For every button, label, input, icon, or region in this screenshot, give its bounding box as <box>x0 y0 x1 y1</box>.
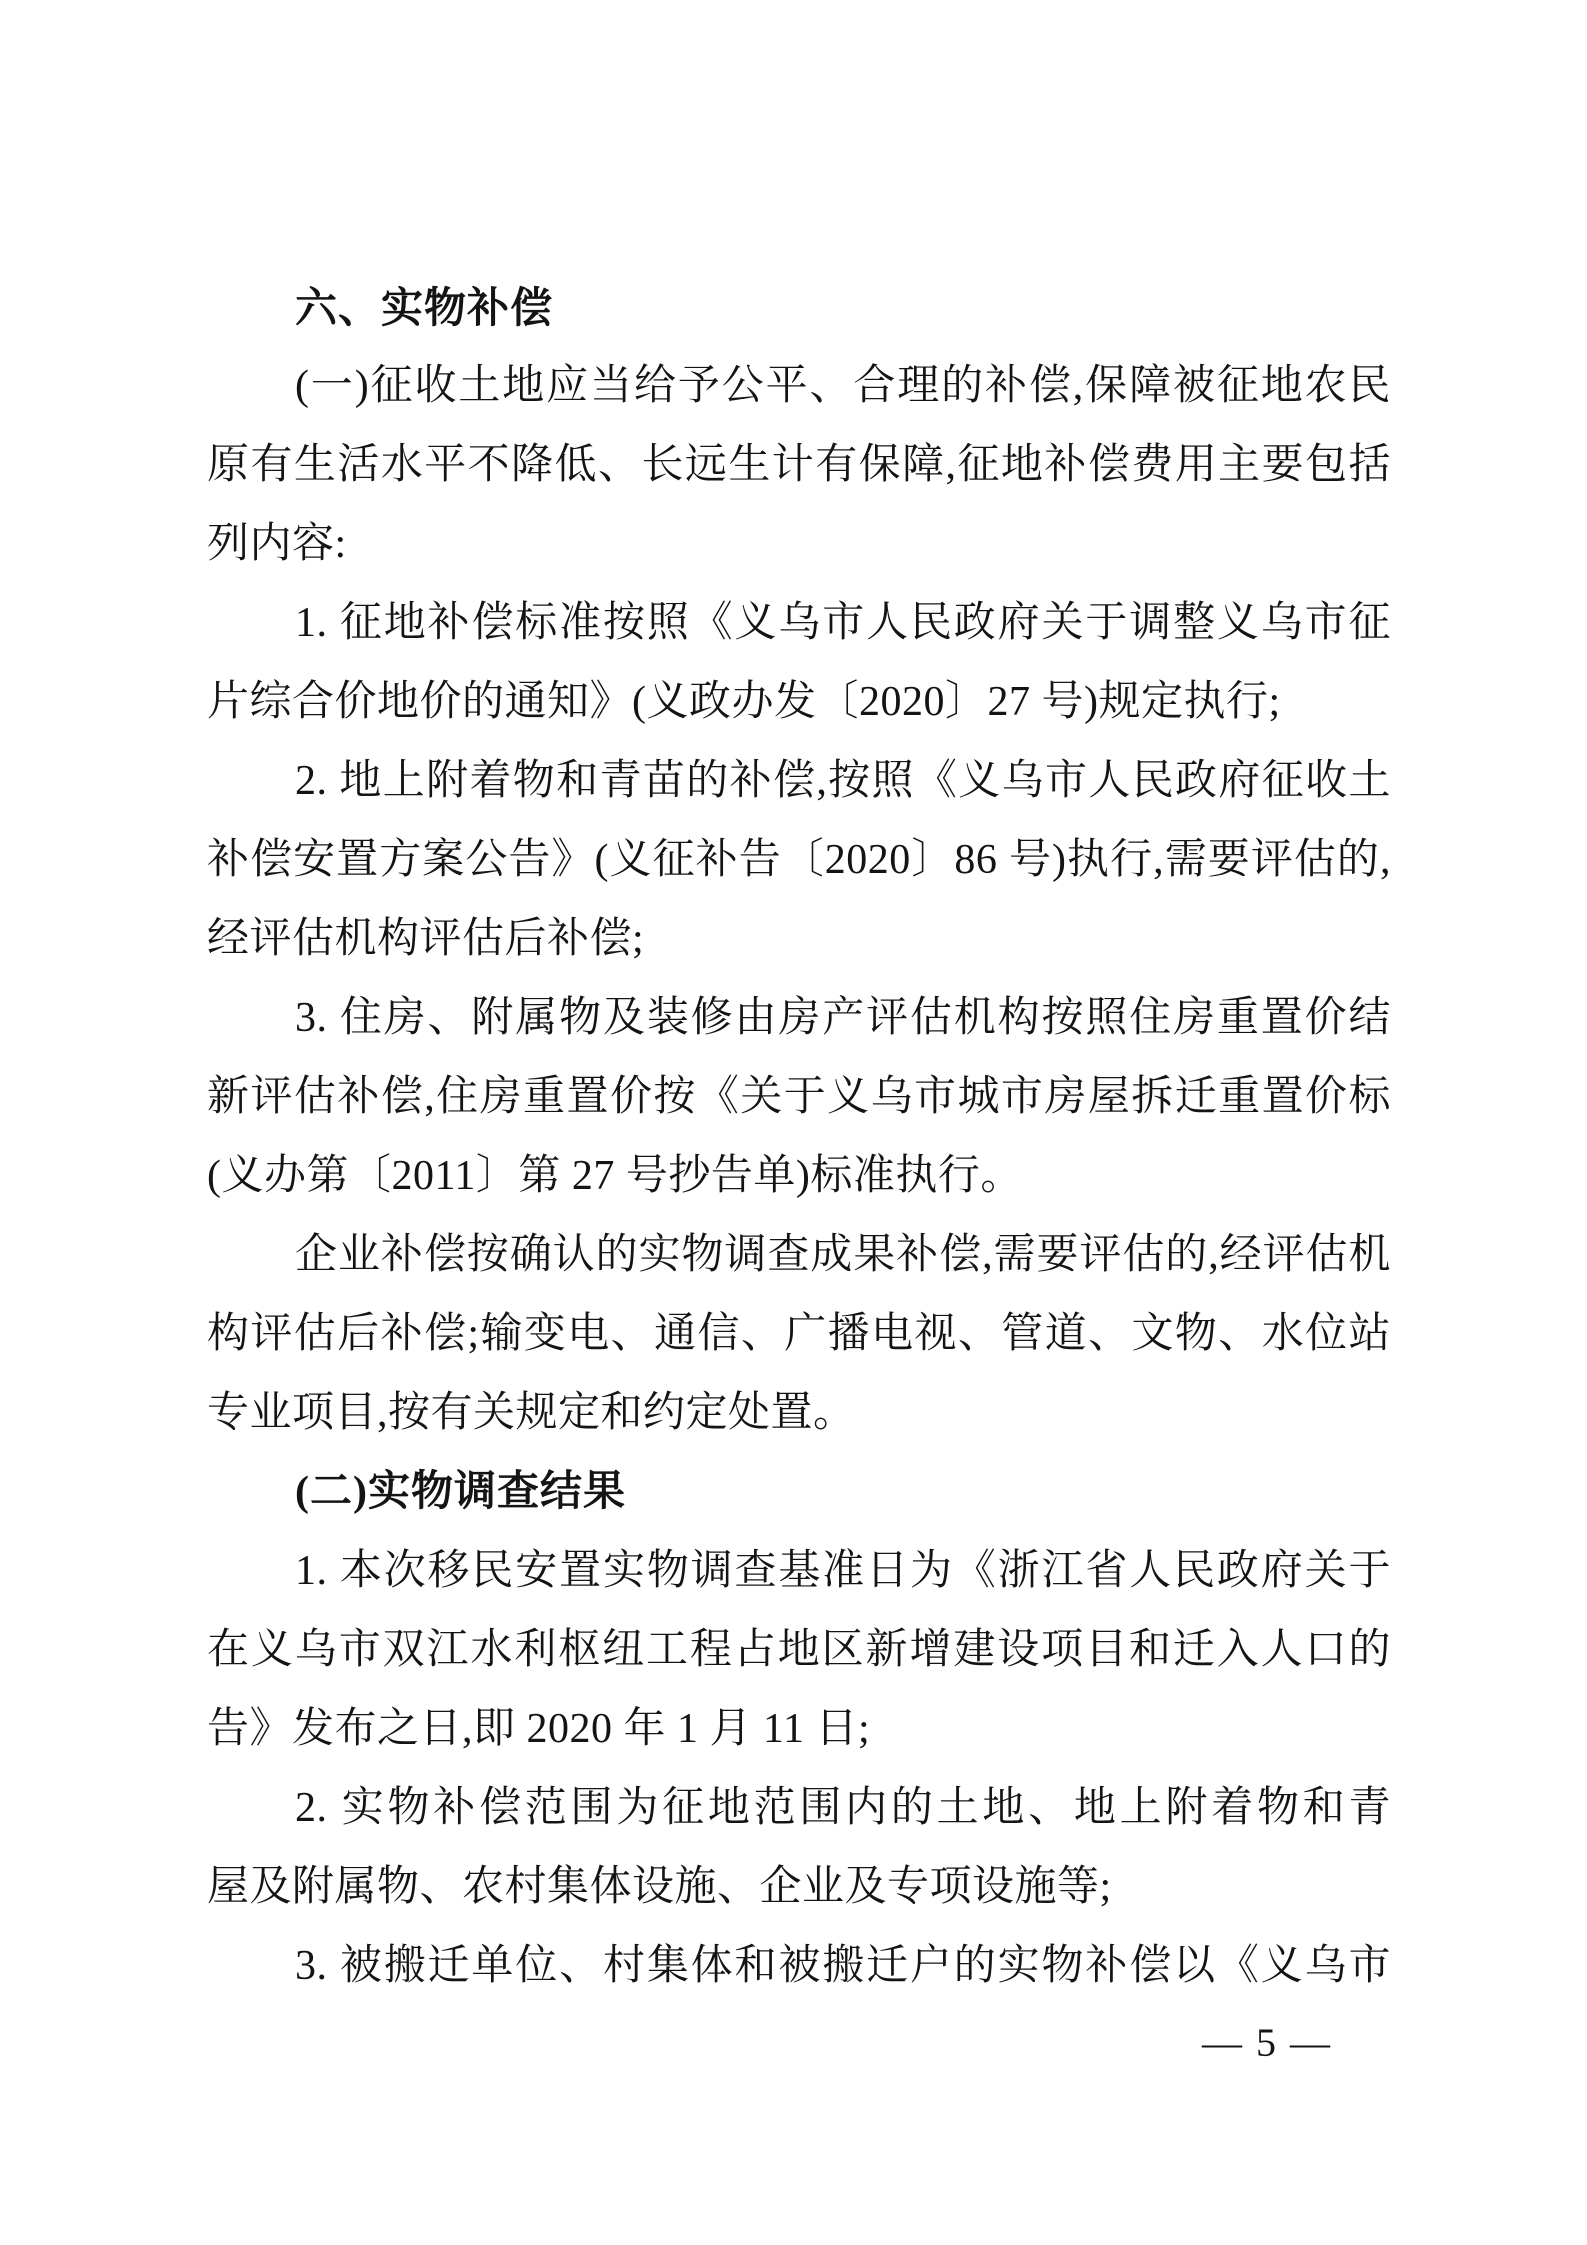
document-page: 六、实物补偿 (一)征收土地应当给予公平、合理的补偿,保障被征地农民 原有生活水… <box>0 0 1587 2245</box>
paragraph-2: 1. 征地补偿标准按照《义乌市人民政府关于调整义乌市征地区 片综合价地价的通知》… <box>207 584 1391 742</box>
section-heading: 六、实物补偿 <box>207 268 1391 347</box>
text-line: 新评估补偿,住房重置价按《关于义乌市城市房屋拆迁重置价标准》 <box>207 1058 1391 1137</box>
text-line: 在义乌市双江水利枢纽工程占地区新增建设项目和迁入人口的通 <box>207 1611 1391 1690</box>
text-line: 经评估机构评估后补偿; <box>207 900 1391 979</box>
paragraph-7: 2. 实物补偿范围为征地范围内的土地、地上附着物和青苗、房 屋及附属物、农村集体… <box>207 1769 1391 1927</box>
paragraph-5: 企业补偿按确认的实物调查成果补偿,需要评估的,经评估机 构评估后补偿;输变电、通… <box>207 1216 1391 1453</box>
subsection-heading: (二)实物调查结果 <box>207 1453 1391 1532</box>
paragraph-6: 1. 本次移民安置实物调查基准日为《浙江省人民政府关于禁止 在义乌市双江水利枢纽… <box>207 1532 1391 1769</box>
paragraph-8: 3. 被搬迁单位、村集体和被搬迁户的实物补偿以《义乌市人民 <box>207 1927 1391 2006</box>
text-line: 2. 实物补偿范围为征地范围内的土地、地上附着物和青苗、房 <box>207 1769 1391 1848</box>
text-line: 补偿安置方案公告》(义征补告〔2020〕86 号)执行,需要评估的, <box>207 821 1391 900</box>
paragraph-3: 2. 地上附着物和青苗的补偿,按照《义乌市人民政府征收土地、 补偿安置方案公告》… <box>207 742 1391 979</box>
document-body: 六、实物补偿 (一)征收土地应当给予公平、合理的补偿,保障被征地农民 原有生活水… <box>207 268 1391 2006</box>
text-line: 片综合价地价的通知》(义政办发〔2020〕27 号)规定执行; <box>207 663 1391 742</box>
text-line: 专业项目,按有关规定和约定处置。 <box>207 1374 1391 1453</box>
paragraph-4: 3. 住房、附属物及装修由房产评估机构按照住房重置价结合成 新评估补偿,住房重置… <box>207 979 1391 1216</box>
text-line: 3. 住房、附属物及装修由房产评估机构按照住房重置价结合成 <box>207 979 1391 1058</box>
text-line: (义办第〔2011〕第 27 号抄告单)标准执行。 <box>207 1137 1391 1216</box>
text-line: 屋及附属物、农村集体设施、企业及专项设施等; <box>207 1848 1391 1927</box>
text-line: 企业补偿按确认的实物调查成果补偿,需要评估的,经评估机 <box>207 1216 1391 1295</box>
text-line: 2. 地上附着物和青苗的补偿,按照《义乌市人民政府征收土地、 <box>207 742 1391 821</box>
page-number: — 5 — <box>1202 2021 1332 2065</box>
text-line: 原有生活水平不降低、长远生计有保障,征地补偿费用主要包括下 <box>207 426 1391 505</box>
text-line: 1. 本次移民安置实物调查基准日为《浙江省人民政府关于禁止 <box>207 1532 1391 1611</box>
text-line: 1. 征地补偿标准按照《义乌市人民政府关于调整义乌市征地区 <box>207 584 1391 663</box>
subsection-heading-text: (二)实物调查结果 <box>207 1453 1391 1532</box>
section-heading-text: 六、实物补偿 <box>207 268 1391 347</box>
paragraph-1: (一)征收土地应当给予公平、合理的补偿,保障被征地农民 原有生活水平不降低、长远… <box>207 347 1391 584</box>
text-line: 告》发布之日,即 2020 年 1 月 11 日; <box>207 1690 1391 1769</box>
text-line: 构评估后补偿;输变电、通信、广播电视、管道、文物、水位站等 <box>207 1295 1391 1374</box>
text-line: (一)征收土地应当给予公平、合理的补偿,保障被征地农民 <box>207 347 1391 426</box>
text-line: 3. 被搬迁单位、村集体和被搬迁户的实物补偿以《义乌市人民 <box>207 1927 1391 2006</box>
text-line: 列内容: <box>207 505 1391 584</box>
